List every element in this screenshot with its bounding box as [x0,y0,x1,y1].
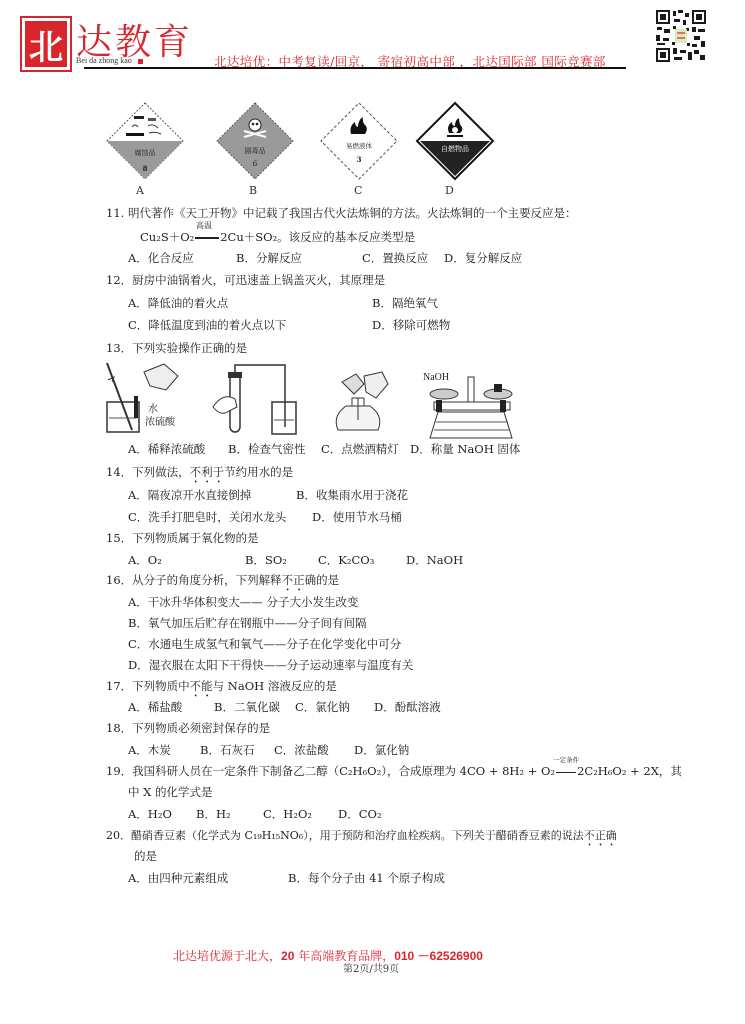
q18-option-c[interactable]: C．浓盐酸 [274,742,329,758]
q12-option-b[interactable]: B．隔绝氧气 [372,295,438,311]
hazard-sign-flammable-liquid: 易燃液体 3 [318,100,400,182]
stem-text: 19．我国科研人员在一定条件下制备乙二醇（C₂H₆O₂），合成原理为 4CO +… [106,764,555,778]
hazard-label-d: D [445,184,454,197]
q20-option-b[interactable]: B．每个分子由 41 个原子构成 [288,870,445,886]
q14-option-c[interactable]: C．洗手打肥皂时，关闭水龙头 [128,509,286,525]
q16-option-b[interactable]: B．氧气加压后贮存在钢瓶中——分子间有间隔 [128,615,366,631]
q12-option-a[interactable]: A．降低油的着火点 [128,295,228,311]
q14-option-a[interactable]: A．隔夜凉开水直接倒掉 [128,487,251,503]
question-18-stem: 18．下列物质必须密封保存的是 [106,720,270,736]
q13-option-c[interactable]: C．点燃酒精灯 [321,441,399,457]
q13-option-b[interactable]: B．检查气密性 [228,441,305,457]
hazard-sign-toxic: 剧毒品 6 [214,100,296,182]
q17-option-d[interactable]: D．酚酞溶液 [374,699,441,715]
q19-option-a[interactable]: A．H₂O [128,806,172,822]
lab-figure-alcohol-lamp [330,370,400,435]
q15-option-a[interactable]: A．O₂ [128,552,162,568]
stem-text: 16．从分子的角度分析，下列解释 [106,573,282,587]
svg-text:8: 8 [143,164,148,173]
svg-text:3: 3 [357,155,362,164]
hazard-label-b: B [249,184,257,197]
lab-label-acid: 浓硫酸 [145,413,175,428]
q14-option-b[interactable]: B．收集雨水用于浇花 [296,487,408,503]
q19-option-b[interactable]: B．H₂ [196,806,231,822]
svg-text:6: 6 [253,160,258,168]
question-11-equation: Cu₂S＋O₂2Cu＋SO₂。该反应的基本反应类型是 [140,229,415,245]
q13-option-d[interactable]: D．称量 NaOH 固体 [410,441,520,457]
q16-option-d[interactable]: D．湿衣服在太阳下干得快——分子运动速率与温度有关 [128,657,413,673]
stem-text: 20．醋硝香豆素（化学式为 C₁₉H₁₅NO₆），用于预防和治疗血栓疾病。下列关… [106,829,584,842]
q12-option-c[interactable]: C．降低温度到油的着火点以下 [128,317,286,333]
question-17-stem: 17．下列物质中不能与 NaOH 溶液反应的是 [106,678,337,700]
qr-code-icon [654,8,708,64]
question-19-stem-cont: 中 X 的化学式是 [128,784,213,800]
emphasis-text: 不利于 [190,465,225,479]
equation-right: 2Cu＋SO₂。该反应的基本反应类型是 [220,230,415,244]
q20-option-a[interactable]: A．由四种元素组成 [128,870,228,886]
hazard-label-c: C [354,184,362,197]
q15-option-d[interactable]: D．NaOH [406,552,463,568]
stem-text: 确的是 [305,573,340,587]
question-16-stem: 16．从分子的角度分析，下列解释不正确的是 [106,572,339,594]
question-20-stem: 20．醋硝香豆素（化学式为 C₁₉H₁₅NO₆），用于预防和治疗血栓疾病。下列关… [106,827,617,849]
svg-text:腐蚀品: 腐蚀品 [135,148,156,157]
question-12-stem: 12．厨房中油锅着火，可迅速盖上锅盖灭火，其原理是 [106,272,385,288]
question-13-stem: 13．下列实验操作正确的是 [106,340,247,356]
question-15-stem: 15．下列物质属于氧化物的是 [106,530,259,546]
question-20-stem-cont: 的是 [134,848,157,864]
footer-phone: 010 －62526900 [394,949,483,963]
q15-option-c[interactable]: C．K₂CO₃ [318,552,374,568]
equals-sign [195,237,219,239]
page-number: 第2页/共9页 [343,960,399,975]
footer-advert: 北达培优源于北大，20 年高端教育品牌，010 －62526900 [173,947,483,964]
q14-option-d[interactable]: D．使用节水马桶 [312,509,402,525]
stem-text: 17．下列物质中 [106,679,190,693]
q18-option-d[interactable]: D．氯化钠 [354,742,409,758]
emphasis-text: 不正 [282,573,305,587]
footer-text: 北达培优源于北大， [173,949,281,963]
hazard-label-a: A [136,184,144,197]
stem-text: 14．下列做法， [106,465,190,479]
header-divider [84,67,626,69]
q18-option-b[interactable]: B．石灰石 [200,742,254,758]
logo-subtitle: Bei da zhong kao [76,56,132,65]
question-11-stem: 11. 明代著作《天工开物》中记载了我国古代火法炼铜的方法。火法炼铜的一个主要反… [106,205,576,221]
logo-mark: 北 [20,16,72,72]
svg-text:剧毒品: 剧毒品 [245,146,266,155]
q11-option-c[interactable]: C．置换反应 [362,250,428,266]
q19-option-c[interactable]: C．H₂O₂ [263,806,312,822]
question-14-stem: 14．下列做法，不利于节约用水的是 [106,464,293,486]
logo-dot [138,59,143,64]
reaction-condition: 一定条件 [553,755,579,764]
lab-figure-balance [428,372,518,442]
equation-left: Cu₂S＋O₂ [140,230,194,244]
q11-option-d[interactable]: D．复分解反应 [444,250,522,266]
lab-figure-airtightness [210,362,300,437]
q16-option-c[interactable]: C．水通电生成氢气和氧气——分子在化学变化中可分 [128,636,401,652]
q17-option-c[interactable]: C．氯化钠 [295,699,350,715]
q15-option-b[interactable]: B．SO₂ [245,552,287,568]
emphasis-text: 不正确 [584,829,617,842]
q13-option-a[interactable]: A．稀释浓硫酸 [128,441,205,457]
stem-text: 与 NaOH 溶液反应的是 [213,679,337,693]
emphasis-text: 不能 [190,679,213,693]
svg-text:易燃液体: 易燃液体 [346,141,373,150]
q11-option-a[interactable]: A．化合反应 [128,250,194,266]
hazard-sign-corrosive: 腐蚀品 8 [104,100,186,182]
stem-text: 节约用水的是 [224,465,293,479]
hazard-sign-spontaneously-combustible: 自燃物品 [414,100,496,182]
q19-option-d[interactable]: D．CO₂ [338,806,382,822]
question-19-stem: 19．我国科研人员在一定条件下制备乙二醇（C₂H₆O₂），合成原理为 4CO +… [106,763,682,779]
footer-years: 20 [281,949,294,963]
q17-option-a[interactable]: A．稀盐酸 [128,699,182,715]
q16-option-a[interactable]: A．干冰升华体积变大—— 分子大小发生改变 [128,594,358,610]
q17-option-b[interactable]: B．二氧化碳 [214,699,280,715]
q18-option-a[interactable]: A．木炭 [128,742,171,758]
reaction-arrow: 一定条件 [555,764,577,778]
stem-text: 2C₂H₆O₂ + 2X，其 [577,764,682,778]
q12-option-d[interactable]: D．移除可燃物 [372,317,450,333]
q11-option-b[interactable]: B．分解反应 [236,250,302,266]
svg-text:自燃物品: 自燃物品 [441,144,469,153]
